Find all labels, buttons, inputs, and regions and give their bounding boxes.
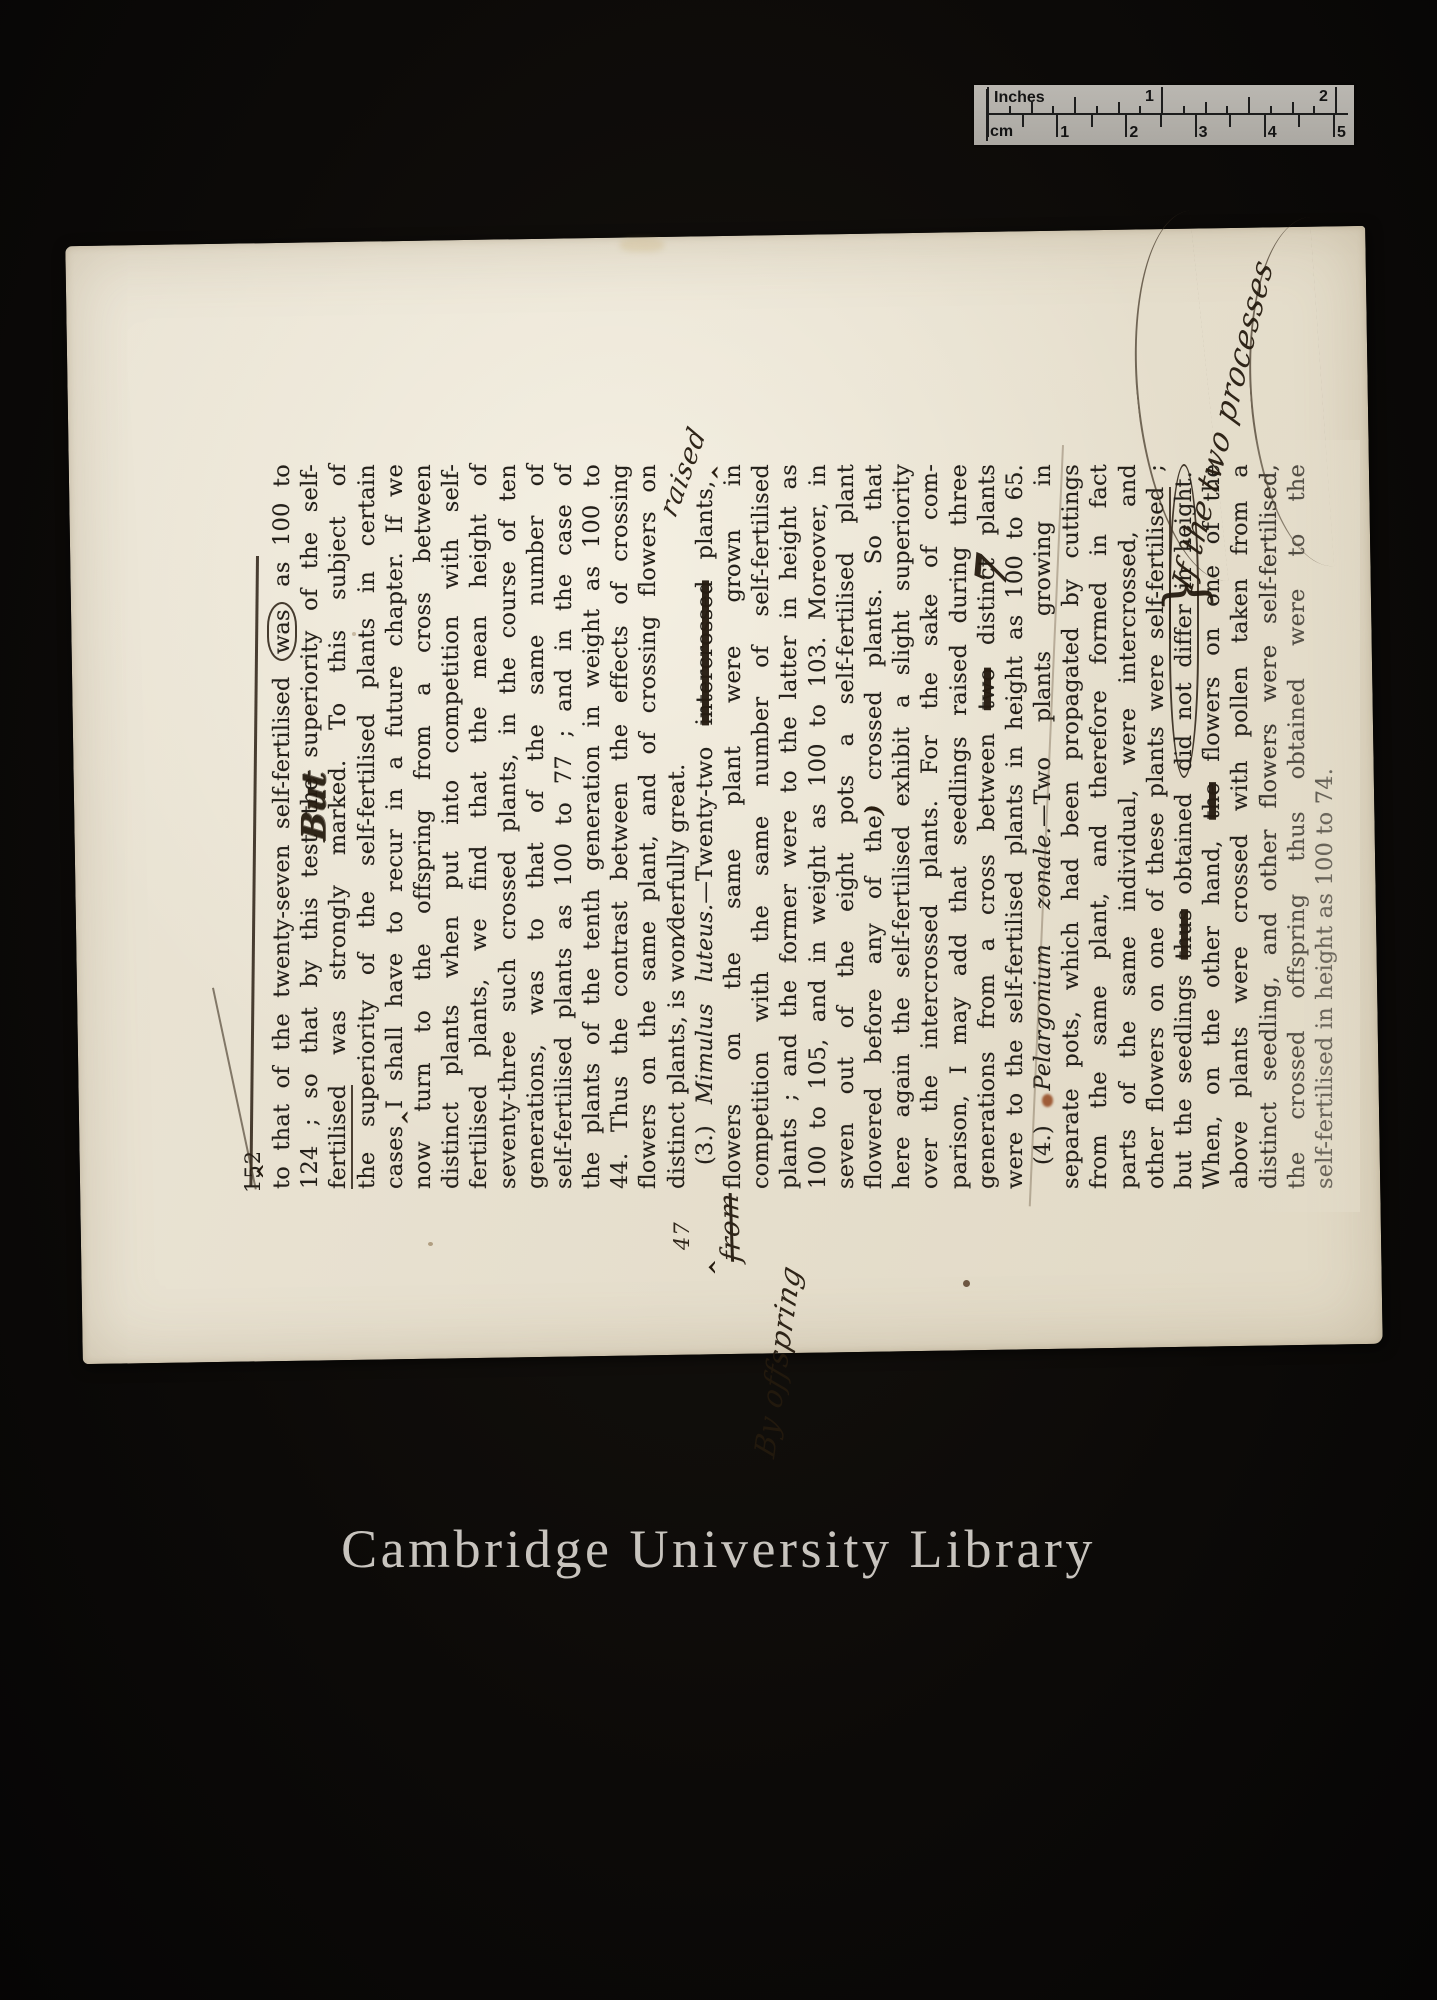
- print-seg-ink: ⁄: [664, 930, 690, 934]
- inch-tick: [1096, 106, 1098, 113]
- library-caption: Cambridge University Library: [0, 1518, 1437, 1580]
- print-seg: cases: [382, 1126, 408, 1189]
- inch-tick: [1052, 106, 1054, 113]
- inch-number: 2: [1319, 88, 1328, 106]
- print-line: seven out of the eight pots a self-ferti…: [832, 450, 860, 1197]
- print-seg-i: Mimulus luteus.: [692, 904, 718, 1104]
- print-seg: flowers on the same plant, and of crossi…: [635, 464, 661, 1189]
- cm-number: 5: [1337, 124, 1346, 142]
- print-line: now turn to the offspring from a cross b…: [409, 450, 437, 1197]
- print-seg: generations, was to that of the same num…: [523, 464, 549, 1189]
- print-seg: self-fertilised plants as 100 to 77 ; an…: [551, 464, 577, 1189]
- print-seg-circ: was: [267, 602, 297, 661]
- print-line: parts of the same individual, were inter…: [1114, 450, 1142, 1197]
- print-line: distinct plants, is won⁄derfully great.: [663, 450, 691, 1197]
- inch-tick: [1313, 106, 1315, 113]
- cm-tick: [1333, 115, 1335, 137]
- print-line: separate pots, which had been propagated…: [1057, 450, 1085, 1197]
- print-seg: now turn to the offspring from a cross b…: [410, 464, 436, 1189]
- print-line: flowers on the same plant were grown in: [719, 450, 747, 1197]
- print-seg: seventy-three such crossed plants, in th…: [495, 464, 521, 1189]
- print-seg: fertilised plants, we find that the mean…: [466, 464, 492, 1189]
- print-seg: from the same plant, and therefore forme…: [1086, 464, 1112, 1189]
- print-seg: other flowers on one of these plants wer…: [1143, 639, 1169, 1189]
- inch-number: 1: [1145, 88, 1154, 106]
- inch-tick: [1248, 97, 1250, 113]
- inch-tick: [1031, 102, 1033, 113]
- print-seg: separate pots, which had been propagated…: [1058, 464, 1084, 1189]
- print-line: the plants of the tenth generation in we…: [578, 450, 606, 1197]
- print-seg: derfully great.: [664, 764, 690, 931]
- print-seg-sc: intercrossed: [692, 580, 718, 725]
- print-seg: seven out of the eight pots a self-ferti…: [833, 464, 859, 1189]
- print-seg: flowers on the same plant were grown in: [720, 464, 746, 1189]
- print-line: over the intercrossed plants. For the sa…: [916, 450, 944, 1197]
- print-seg: distinct plants when put into competitio…: [438, 464, 464, 1189]
- print-seg: to that of the twenty-seven self-fertili…: [269, 661, 295, 1189]
- print-line: generations, was to that of the same num…: [522, 450, 550, 1197]
- print-line: from the same plant, and therefore forme…: [1085, 450, 1113, 1197]
- inch-tick: [1074, 97, 1076, 113]
- print-line: flowered before any of the) crossed plan…: [860, 450, 888, 1197]
- print-line: self-fertilised plants as 100 to 77 ; an…: [550, 450, 578, 1197]
- print-seg: flowered before any of the: [861, 815, 887, 1189]
- ruler-mid-line: [986, 113, 1348, 115]
- print-seg-ink: ): [861, 804, 887, 815]
- cm-tick: [1298, 115, 1300, 127]
- inch-tick: [1183, 106, 1185, 113]
- print-seg: the plants of the tenth generation in we…: [579, 464, 605, 1189]
- measuring-ruler: Inches cm 1212345: [974, 85, 1354, 145]
- inch-tick: [1292, 102, 1294, 113]
- inch-tick: [1161, 87, 1163, 113]
- annotation-brace: }: [1151, 573, 1218, 614]
- print-line: seventy-three such crossed plants, in th…: [494, 450, 522, 1197]
- print-seg: I shall have to recur in a future chapte…: [382, 464, 408, 1109]
- print-seg-sc: thus: [1171, 909, 1197, 959]
- print-seg: above plants were crossed with pollen ta…: [1227, 464, 1253, 1189]
- print-seg: plants ; and the former were to the latt…: [776, 464, 802, 1189]
- inch-tick: [1270, 106, 1272, 113]
- print-line: 100 to 105, and in weight as 100 to 103.…: [804, 450, 832, 1197]
- print-line: distinct seedling, and other flowers wer…: [1255, 450, 1283, 1197]
- print-line: fertilised plants, we find that the mean…: [465, 450, 493, 1197]
- cm-tick: [1091, 115, 1093, 127]
- print-seg: here again the self-fertilised exhibit a…: [889, 464, 915, 1189]
- print-seg: When, on the other hand,: [1199, 820, 1225, 1189]
- cm-tick: [1125, 115, 1127, 137]
- print-seg-sc: the: [1199, 782, 1225, 819]
- print-seg: the superiority of the self-fertilised p…: [354, 464, 380, 1189]
- cm-tick: [1056, 115, 1058, 137]
- print-seg: 100 to 105, and in weight as 100 to 103.…: [805, 464, 831, 1189]
- cm-tick: [1229, 115, 1231, 127]
- inch-tick: [1009, 106, 1011, 113]
- print-line: here again the self-fertilised exhibit a…: [888, 450, 916, 1197]
- print-line: competition with the same number of self…: [747, 450, 775, 1197]
- print-seg: over the intercrossed plants. For the sa…: [917, 464, 943, 1189]
- print-line: other flowers on one of these plants wer…: [1142, 450, 1170, 1197]
- print-line: to that of the twenty-seven self-fertili…: [268, 450, 296, 1197]
- cm-number: 1: [1060, 124, 1069, 142]
- photo-stage: Inches cm 1212345 152 to that of the twe…: [0, 0, 1437, 2000]
- print-seg: distinct plants, is won: [664, 934, 690, 1189]
- cm-tick: [1160, 115, 1162, 127]
- annotation-small-mark: 47: [670, 1221, 694, 1250]
- print-line: (3.) Mimulus luteus.—Twenty-two intercro…: [691, 450, 719, 1197]
- print-seg: but the seedlings: [1171, 960, 1197, 1189]
- print-line: 44. Thus the contrast between the effect…: [606, 450, 634, 1197]
- annotation-struck-from: from: [714, 1191, 748, 1263]
- cm-number: 3: [1199, 124, 1208, 142]
- inch-tick: [1139, 106, 1141, 113]
- inch-tick: [1335, 87, 1337, 113]
- cm-number: 2: [1129, 124, 1138, 142]
- print-line: above plants were crossed with pollen ta…: [1226, 450, 1254, 1197]
- print-line: flowers on the same plant, and of crossi…: [634, 450, 662, 1197]
- print-line: the crossed offspring thus obtained were…: [1283, 450, 1311, 1197]
- print-line: cases‸I shall have to recur in a future …: [381, 450, 409, 1197]
- cm-tick: [1022, 115, 1024, 127]
- ruler-cm-label: cm: [990, 123, 1013, 141]
- print-seg: (3.): [692, 1104, 718, 1165]
- inch-tick: [1226, 106, 1228, 113]
- inch-tick: [987, 87, 989, 113]
- print-seg-sc: two: [974, 668, 1000, 710]
- print-seg-ink: ‸: [382, 1109, 408, 1126]
- print-seg: parts of the same individual, were inter…: [1115, 464, 1141, 1189]
- cm-tick: [1195, 115, 1197, 137]
- print-seg: crossed plants. So that: [861, 464, 887, 804]
- print-seg: distinct seedling, and other flowers wer…: [1256, 464, 1282, 1189]
- print-seg: as 100 to: [269, 464, 295, 602]
- cm-tick: [1264, 115, 1266, 137]
- print-seg: the crossed offspring thus obtained were…: [1284, 464, 1310, 1189]
- print-seg: competition with the same number of self…: [748, 464, 774, 1189]
- cm-tick: [987, 115, 989, 137]
- inch-tick: [1118, 102, 1120, 113]
- print-line: plants ; and the former were to the latt…: [775, 450, 803, 1197]
- print-seg: obtained: [1171, 778, 1197, 909]
- annotation-overwrite-but: But: [294, 768, 333, 842]
- caret-mark-margin: ‸: [686, 1258, 715, 1276]
- print-seg: generations from a cross between: [974, 710, 1000, 1189]
- caret-mark-line-start: ‸: [234, 1162, 263, 1180]
- print-seg: —Twenty-two: [692, 725, 718, 903]
- print-seg: 44. Thus the contrast between the effect…: [607, 464, 633, 1189]
- print-line: distinct plants when put into competitio…: [437, 450, 465, 1197]
- cm-number: 4: [1268, 124, 1277, 142]
- print-seg: plants,: [692, 481, 718, 581]
- print-seg: self-fertilised in height as 100 to 74.: [1312, 768, 1338, 1189]
- print-seg: —Two plants growing in: [1030, 464, 1056, 827]
- print-line: the superiority of the self-fertilised p…: [353, 450, 381, 1197]
- ruler-inches-label: Inches: [994, 89, 1045, 107]
- print-seg-u: fertilised: [325, 1085, 353, 1189]
- inch-tick: [1205, 102, 1207, 113]
